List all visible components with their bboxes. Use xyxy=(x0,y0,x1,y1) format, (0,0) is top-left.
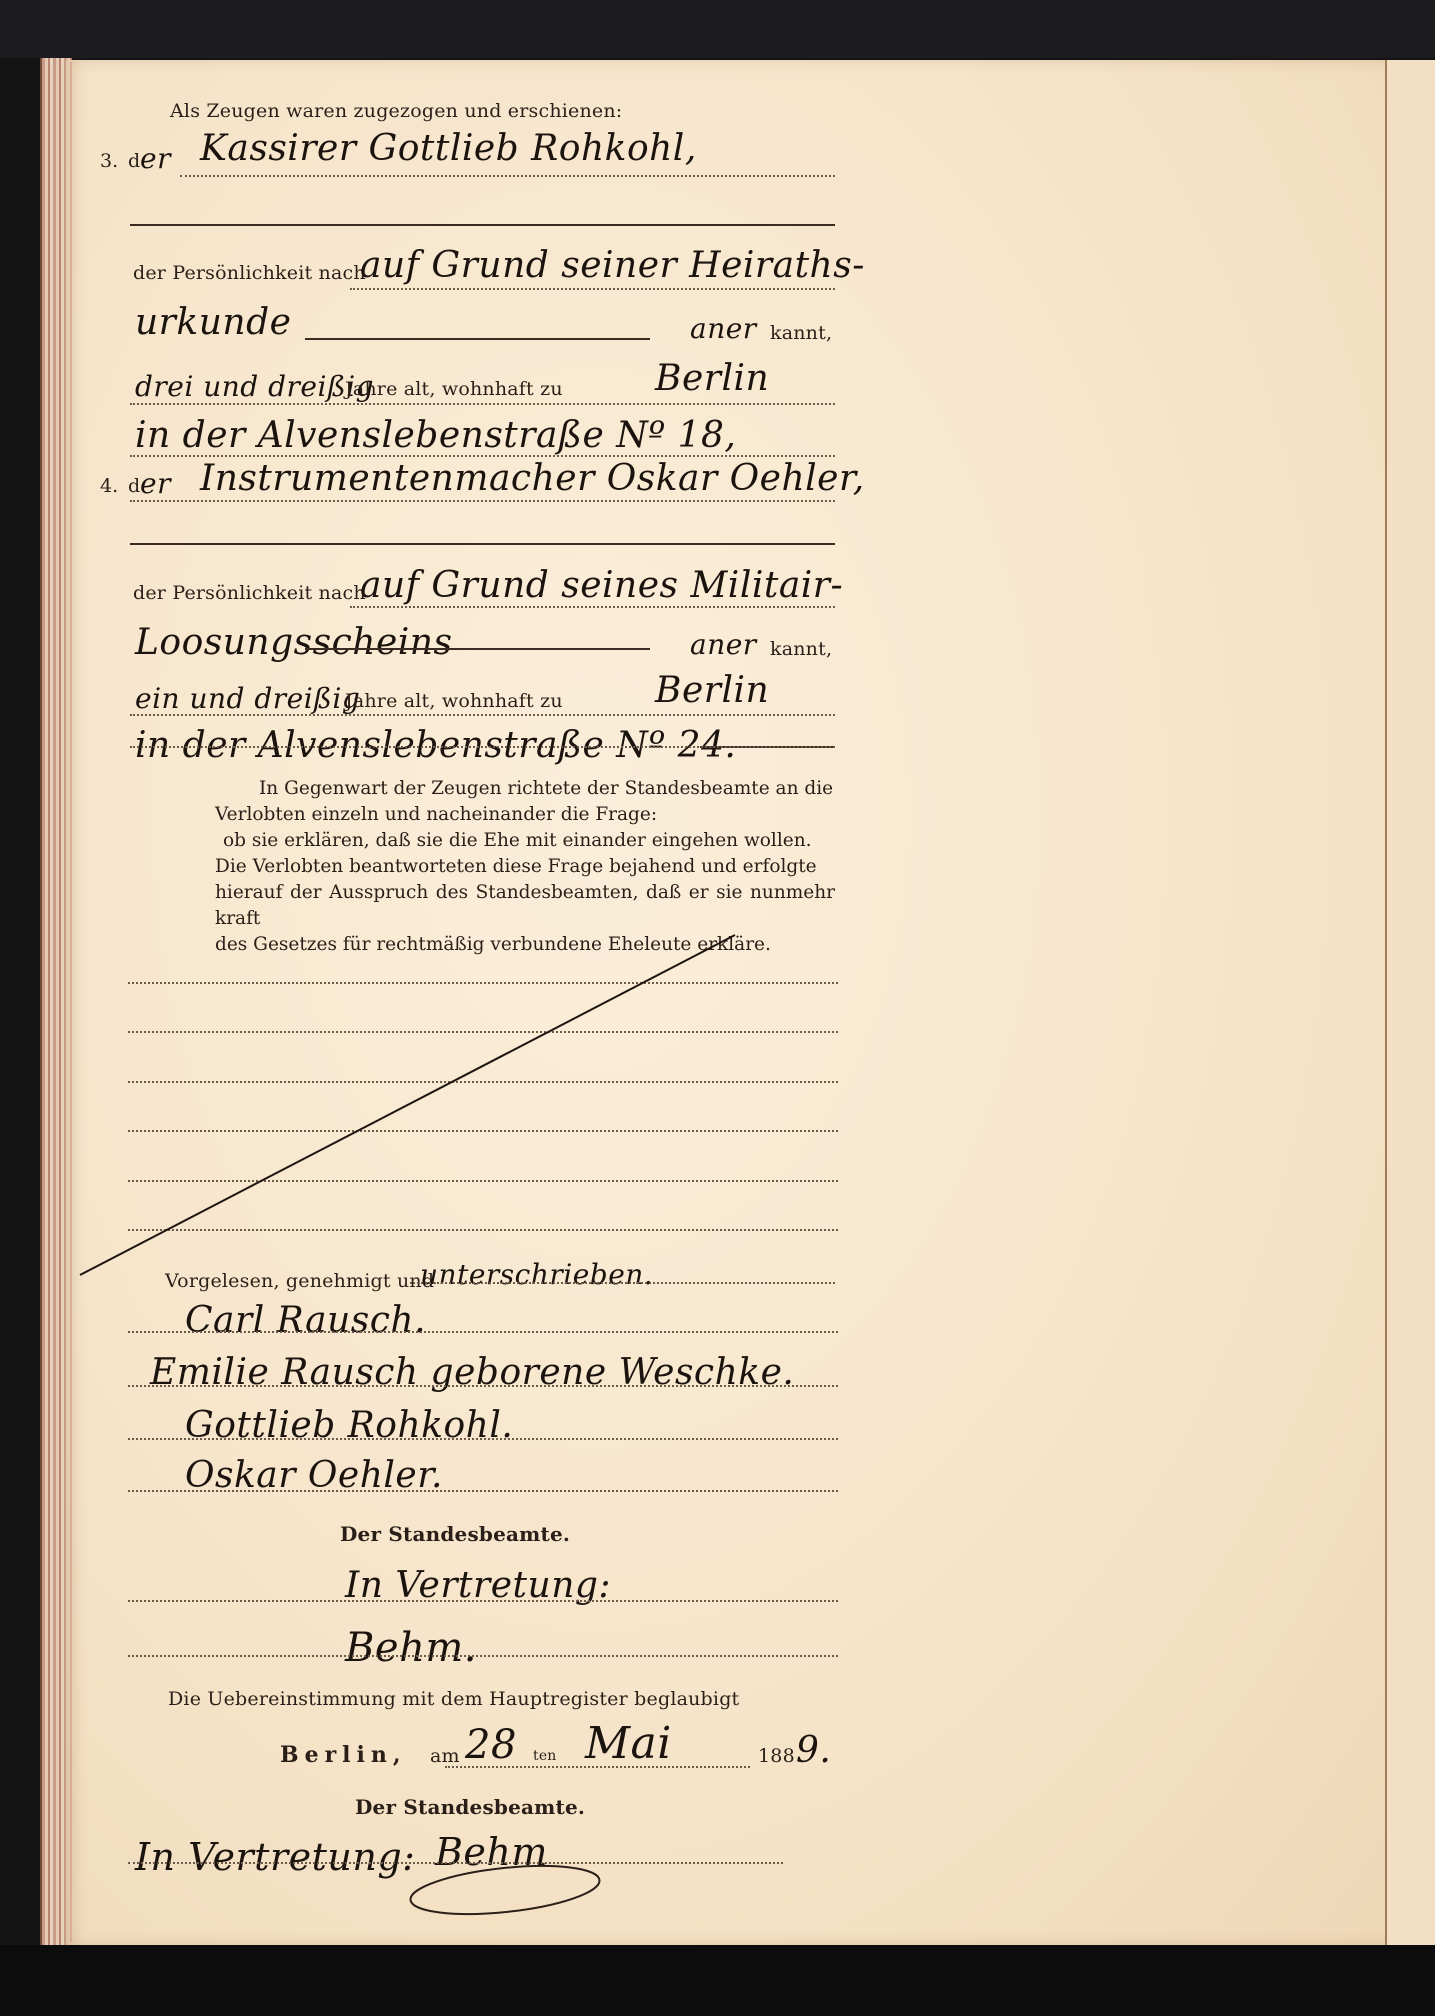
signature-flourish xyxy=(0,0,1435,2016)
